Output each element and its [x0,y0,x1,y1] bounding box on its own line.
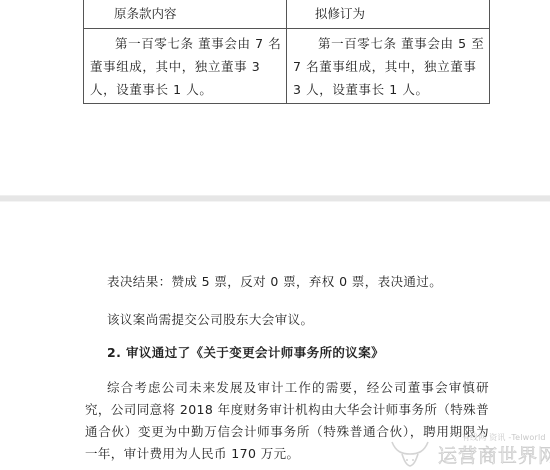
section-body-paragraph: 综合考虑公司未来发展及审计工作的需要，经公司董事会审慎研究，公司同意将 2018… [85,377,489,465]
document-page-upper: 原条款内容 拟修订为 第一百零七条 董事会由 7 名董事组成，其中，独立董事 3… [0,0,550,195]
table-row: 第一百零七条 董事会由 7 名董事组成，其中，独立董事 3 人，设董事长 1 人… [84,29,490,104]
page-separator [0,195,550,202]
section-heading: 2. 审议通过了《关于变更会计师事务所的议案》 [85,343,489,363]
cell-original-clause: 第一百零七条 董事会由 7 名董事组成，其中，独立董事 3 人，设董事长 1 人… [84,29,287,104]
header-original-clause: 原条款内容 [84,0,287,29]
submission-note-paragraph: 该议案尚需提交公司股东大会审议。 [85,310,489,330]
vote-result-paragraph: 表决结果：赞成 5 票，反对 0 票，弃权 0 票，表决通过。 [85,272,489,292]
table-header-row: 原条款内容 拟修订为 [84,0,490,29]
amendment-comparison-table: 原条款内容 拟修订为 第一百零七条 董事会由 7 名董事组成，其中，独立董事 3… [83,0,490,104]
header-revised-clause: 拟修订为 [287,0,490,29]
cell-revised-clause: 第一百零七条 董事会由 5 至 7 名董事组成，其中，独立董事 3 人，设董事长… [287,29,490,104]
